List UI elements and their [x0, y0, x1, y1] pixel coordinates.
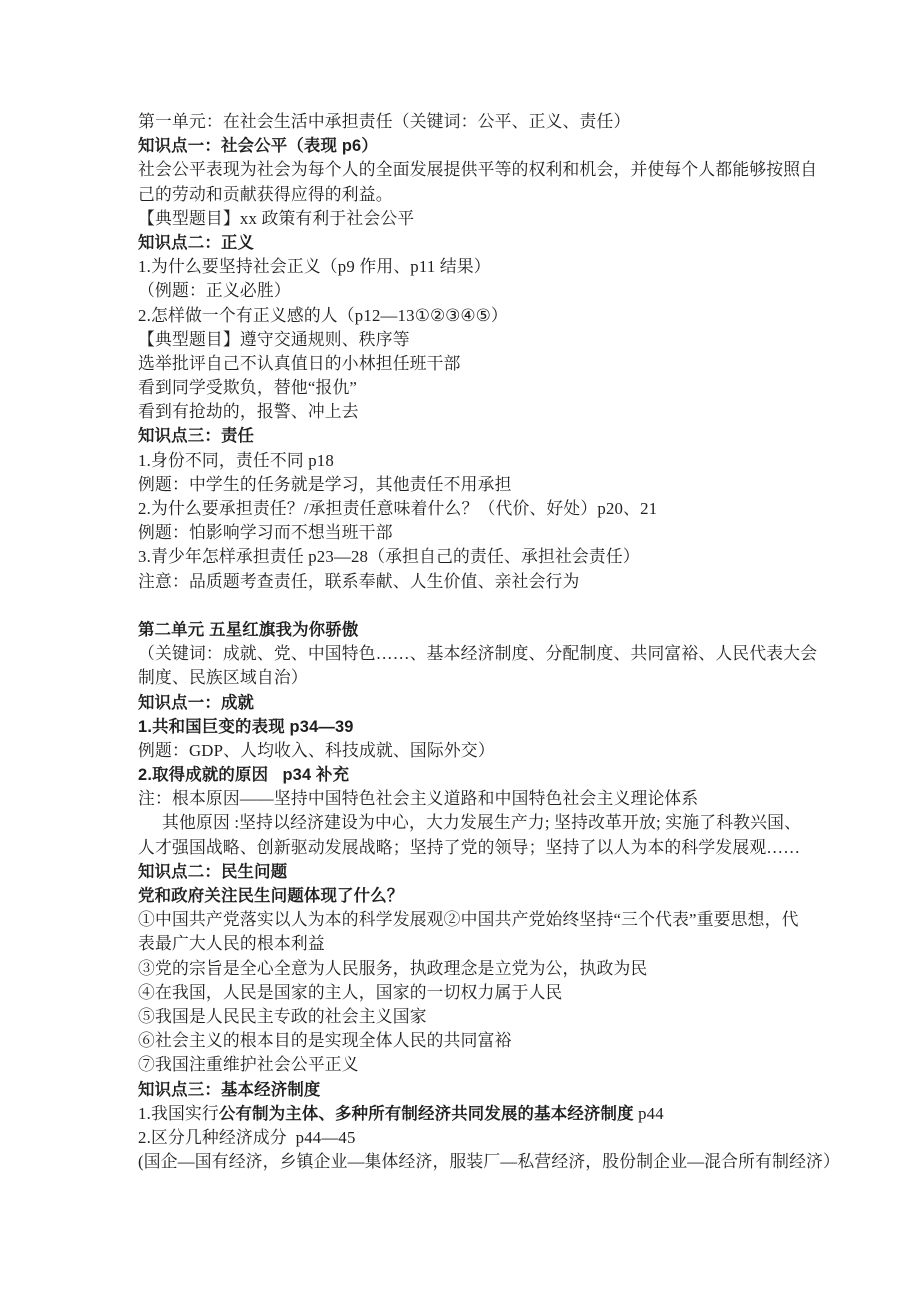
text-segment: 1.身份不同，责任不同 p18 — [138, 451, 334, 470]
text-line: 第一单元：在社会生活中承担责任（关键词：公平、正义、责任） — [138, 110, 838, 134]
text-line: 1.我国实行公有制为主体、多种所有制经济共同发展的基本经济制度 p44 — [138, 1102, 838, 1126]
text-line: 1.为什么要坚持社会正义（p9 作用、p11 结果） — [138, 255, 838, 279]
text-line: 己的劳动和贡献获得应得的利益。 — [138, 183, 838, 207]
text-line: （关键词：成就、党、中国特色……、基本经济制度、分配制度、共同富裕、人民代表大会 — [138, 642, 838, 666]
text-segment: 选举批评自己不认真值日的小林担任班干部 — [138, 354, 461, 373]
text-line: 2.怎样做一个有正义感的人（p12—13①②③④⑤） — [138, 304, 838, 328]
text-segment: p44 — [634, 1104, 664, 1123]
text-segment: 知识点三：责任 — [138, 427, 254, 445]
text-line: 看到同学受欺负，替他“报仇” — [138, 376, 838, 400]
text-segment: ⑥社会主义的根本目的是实现全体人民的共同富裕 — [138, 1031, 512, 1050]
text-line: 例题：怕影响学习而不想当班干部 — [138, 521, 838, 545]
text-segment: 知识点二：正义 — [138, 234, 254, 252]
text-segment: 第一单元：在社会生活中承担责任（关键词：公平、正义、责任） — [138, 112, 630, 131]
text-segment: 2.怎样做一个有正义感的人（p12—13①②③④⑤） — [138, 306, 508, 325]
text-line: （例题：正义必胜） — [138, 279, 838, 303]
text-segment: （关键词：成就、党、中国特色……、基本经济制度、分配制度、共同富裕、人民代表大会 — [138, 644, 817, 663]
text-segment: 【典型题目】遵守交通规则、秩序等 — [138, 330, 410, 349]
text-line: 3.青少年怎样承担责任 p23—28（承担自己的责任、承担社会责任） — [138, 545, 838, 569]
text-segment: ③党的宗旨是全心全意为人民服务，执政理念是立党为公，执政为民 — [138, 959, 647, 978]
text-segment: 例题：GDP、人均收入、科技成就、国际外交） — [138, 741, 495, 760]
text-line: ③党的宗旨是全心全意为人民服务，执政理念是立党为公，执政为民 — [138, 957, 838, 981]
text-line: ⑦我国注重维护社会公平正义 — [138, 1053, 838, 1077]
text-line: 知识点一：成就 — [138, 691, 838, 715]
text-segment: 党和政府关注民生问题体现了什么？ — [138, 887, 403, 905]
text-segment: ④在我国，人民是国家的主人，国家的一切权力属于人民 — [138, 983, 563, 1002]
text-line: 知识点三：基本经济制度 — [138, 1078, 838, 1102]
text-line: 制度、民族区域自治） — [138, 666, 838, 690]
text-segment: 公有制为主体、多种所有制经济共同发展的基本经济制度 — [219, 1105, 634, 1123]
text-line: 知识点二：民生问题 — [138, 860, 838, 884]
text-line: 例题：中学生的任务就是学习，其他责任不用承担 — [138, 473, 838, 497]
text-segment: 例题：中学生的任务就是学习，其他责任不用承担 — [138, 475, 512, 494]
text-segment: 人才强国战略、创新驱动发展战略；坚持了党的领导；坚持了以人为本的科学发展观…… — [138, 838, 800, 857]
text-line: 党和政府关注民生问题体现了什么？ — [138, 884, 838, 908]
text-line: ⑤我国是人民民主专政的社会主义国家 — [138, 1005, 838, 1029]
text-segment: 【典型题目】xx 政策有利于社会公平 — [138, 209, 414, 228]
text-line: 1.共和国巨变的表现 p34—39 — [138, 715, 838, 739]
text-segment: 注：根本原因——坚持中国特色社会主义道路和中国特色社会主义理论体系 — [138, 789, 698, 808]
text-line: 人才强国战略、创新驱动发展战略；坚持了党的领导；坚持了以人为本的科学发展观…… — [138, 836, 838, 860]
text-segment: (国企—国有经济，乡镇企业—集体经济，服装厂—私营经济，股份制企业—混合所有制经… — [138, 1152, 840, 1171]
text-line: 知识点二：正义 — [138, 231, 838, 255]
text-segment: ①中国共产党落实以人为本的科学发展观②中国共产党始终坚持“三个代表”重要思想，代 — [138, 910, 799, 929]
text-segment: 其他原因 :坚持以经济建设为中心，大力发展生产力; 坚持改革开放; 实施了科教兴… — [162, 813, 801, 832]
text-segment: 制度、民族区域自治） — [138, 668, 308, 687]
text-line: 【典型题目】遵守交通规则、秩序等 — [138, 328, 838, 352]
text-line: 看到有抢劫的，报警、冲上去 — [138, 400, 838, 424]
text-segment: 2.取得成就的原因 p34 补充 — [138, 766, 349, 784]
text-line: 1.身份不同，责任不同 p18 — [138, 449, 838, 473]
text-segment: 社会公平表现为社会为每个人的全面发展提供平等的权利和机会，并使每个人都能够按照自 — [138, 160, 817, 179]
text-line: 表最广大人民的根本利益 — [138, 932, 838, 956]
text-line: 知识点三：责任 — [138, 424, 838, 448]
text-segment: 表最广大人民的根本利益 — [138, 934, 325, 953]
text-segment: 2.区分几种经济成分 p44—45 — [138, 1128, 356, 1147]
text-line: 注：根本原因——坚持中国特色社会主义道路和中国特色社会主义理论体系 — [138, 787, 838, 811]
text-line: 注意：品质题考查责任，联系奉献、人生价值、亲社会行为 — [138, 570, 838, 594]
text-segment: 例题：怕影响学习而不想当班干部 — [138, 523, 393, 542]
text-segment: 1.我国实行 — [138, 1104, 219, 1123]
text-segment: 知识点三：基本经济制度 — [138, 1081, 321, 1099]
text-segment: 知识点一：社会公平（表现 p6） — [138, 137, 378, 155]
text-line: 【典型题目】xx 政策有利于社会公平 — [138, 207, 838, 231]
text-segment: 1.为什么要坚持社会正义（p9 作用、p11 结果） — [138, 257, 491, 276]
document-page: 第一单元：在社会生活中承担责任（关键词：公平、正义、责任）知识点一：社会公平（表… — [0, 0, 920, 1302]
text-segment: ⑦我国注重维护社会公平正义 — [138, 1055, 359, 1074]
text-segment: ⑤我国是人民民主专政的社会主义国家 — [138, 1007, 427, 1026]
text-line: 知识点一：社会公平（表现 p6） — [138, 134, 838, 158]
text-segment: 知识点二：民生问题 — [138, 863, 287, 881]
text-segment: 己的劳动和贡献获得应得的利益。 — [138, 185, 393, 204]
text-line: 第二单元 五星红旗我为你骄傲 — [138, 618, 838, 642]
text-segment: 第二单元 五星红旗我为你骄傲 — [138, 621, 358, 639]
text-line: (国企—国有经济，乡镇企业—集体经济，服装厂—私营经济，股份制企业—混合所有制经… — [138, 1150, 838, 1174]
text-segment: 看到同学受欺负，替他“报仇” — [138, 378, 357, 397]
text-line: 例题：GDP、人均收入、科技成就、国际外交） — [138, 739, 838, 763]
text-line: ④在我国，人民是国家的主人，国家的一切权力属于人民 — [138, 981, 838, 1005]
text-line: ①中国共产党落实以人为本的科学发展观②中国共产党始终坚持“三个代表”重要思想，代 — [138, 908, 838, 932]
text-line: 2.取得成就的原因 p34 补充 — [138, 763, 838, 787]
text-segment: 2.为什么要承担责任？/承担责任意味着什么？（代价、好处）p20、21 — [138, 499, 657, 518]
text-line: 2.为什么要承担责任？/承担责任意味着什么？（代价、好处）p20、21 — [138, 497, 838, 521]
text-segment: 知识点一：成就 — [138, 694, 254, 712]
text-segment: 1.共和国巨变的表现 p34—39 — [138, 718, 354, 736]
blank-line — [138, 594, 838, 618]
text-line: 2.区分几种经济成分 p44—45 — [138, 1126, 838, 1150]
text-segment: 看到有抢劫的，报警、冲上去 — [138, 402, 359, 421]
text-segment: 注意：品质题考查责任，联系奉献、人生价值、亲社会行为 — [138, 572, 580, 591]
text-segment: 3.青少年怎样承担责任 p23—28（承担自己的责任、承担社会责任） — [138, 547, 640, 566]
document-content: 第一单元：在社会生活中承担责任（关键词：公平、正义、责任）知识点一：社会公平（表… — [138, 110, 838, 1174]
text-line: 其他原因 :坚持以经济建设为中心，大力发展生产力; 坚持改革开放; 实施了科教兴… — [138, 811, 838, 835]
text-line: 社会公平表现为社会为每个人的全面发展提供平等的权利和机会，并使每个人都能够按照自 — [138, 158, 838, 182]
text-line: 选举批评自己不认真值日的小林担任班干部 — [138, 352, 838, 376]
text-line: ⑥社会主义的根本目的是实现全体人民的共同富裕 — [138, 1029, 838, 1053]
text-segment: （例题：正义必胜） — [138, 281, 291, 300]
